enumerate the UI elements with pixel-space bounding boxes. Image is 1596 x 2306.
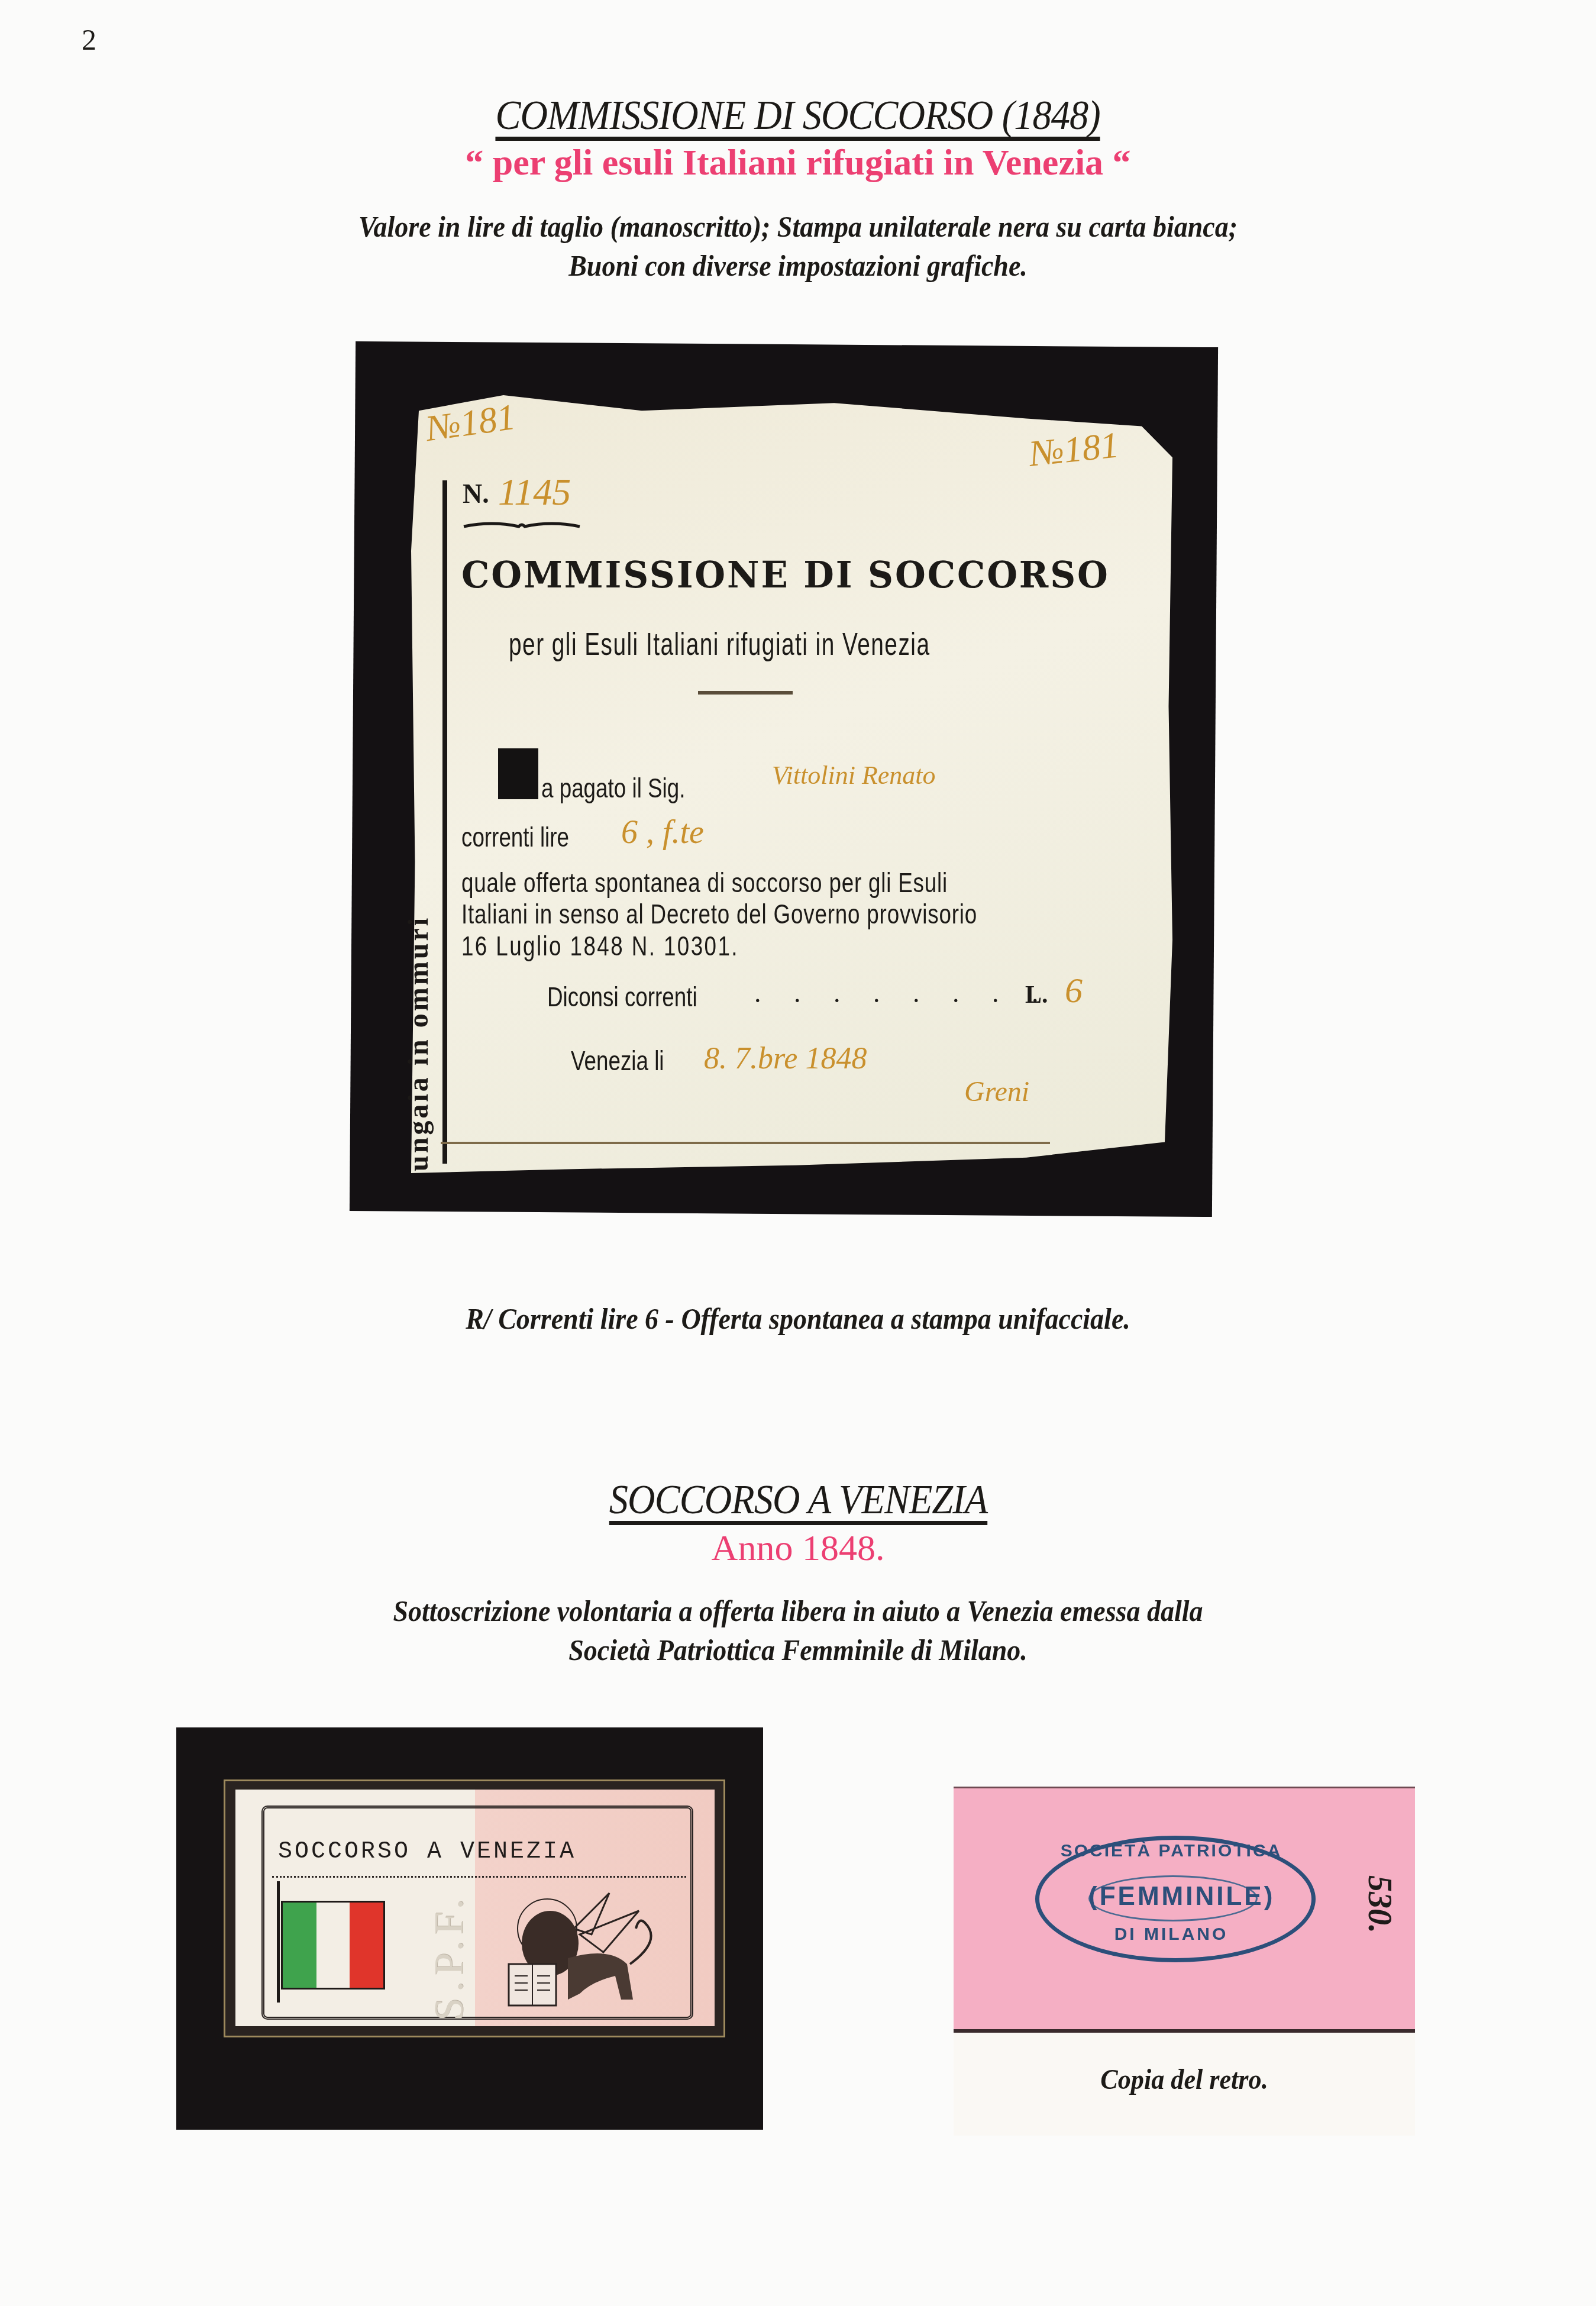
voucher1-number-value: 1145: [498, 470, 571, 514]
section1-caption: R/ Correnti lire 6 - Offerta spontanea a…: [64, 1299, 1532, 1338]
voucher1-paid-label: a pagato il Sig.: [541, 772, 685, 804]
page-number: 2: [82, 22, 96, 57]
stamp-text-bottom: DI MILANO: [1047, 1924, 1295, 1945]
voucher1-signature: Greni: [964, 1076, 1029, 1108]
section1-caption-wrap: R/ Correnti lire 6 - Offerta spontanea a…: [0, 1299, 1596, 1338]
voucher2-embossed-initials: S.P.F.: [426, 1893, 473, 2021]
section1-description: Valore in lire di taglio (manoscritto); …: [0, 207, 1596, 285]
italian-flag-icon: [281, 1901, 385, 1990]
voucher1-date: 8. 7.bre 1848: [704, 1041, 867, 1076]
section2-title: SOCCORSO A VENEZIA: [609, 1479, 987, 1525]
voucher1-stub-text: ungaia in ommuri: [402, 781, 435, 1171]
section2-subtitle: Anno 1848.: [0, 1527, 1596, 1569]
voucher2-back-caption: Copia del retro.: [972, 2063, 1397, 2096]
voucher1-subheading: per gli Esuli Italiani rifugiati in Vene…: [509, 626, 930, 663]
voucher1-bottom-rule: [441, 1142, 1050, 1144]
voucher1-left-rule: [442, 480, 447, 1164]
flag-band-white: [316, 1903, 350, 1988]
voucher1-heading: COMMISSIONE DI SOCCORSO: [461, 553, 1110, 596]
section1-description-line: Valore in lire di taglio (manoscritto); …: [64, 207, 1532, 246]
section1-subtitle: “ per gli esuli Italiani rifugiati in Ve…: [0, 142, 1596, 184]
voucher1-initial-h: [498, 748, 538, 799]
flagpole-icon: [277, 1881, 280, 2003]
voucher1-currency-label: L.: [1025, 981, 1048, 1009]
stamp-text-top: SOCIETÀ PATRIOTICA: [1047, 1841, 1295, 1861]
voucher1-leader-dots: . . . . . . . .: [754, 977, 1052, 1009]
section2-description-line: Società Patriottica Femminile di Milano.: [64, 1630, 1532, 1669]
flag-band-red: [350, 1903, 383, 1988]
voucher2-title: SOCCORSO A VENEZIA: [278, 1839, 576, 1865]
voucher1-amount: 6: [1065, 970, 1083, 1011]
section1-title: COMMISSIONE DI SOCCORSO (1848): [496, 95, 1100, 141]
voucher1-place-label: Venezia li: [571, 1045, 664, 1077]
voucher1-body-line: 16 Luglio 1848 N. 10301.: [461, 930, 739, 962]
section1-description-line: Buoni con diverse impostazioni grafiche.: [64, 246, 1532, 285]
flag-band-green: [283, 1903, 316, 1988]
voucher1-lire-label: correnti lire: [461, 821, 569, 853]
ornament-icon: [463, 521, 581, 529]
voucher1-payer-name: Vittolini Renato: [772, 760, 936, 790]
voucher1-body-line: quale offerta spontanea di soccorso per …: [461, 867, 948, 899]
winged-lion-icon: [491, 1887, 668, 2011]
voucher2-back-rule: [954, 2029, 1415, 2033]
voucher1-divider: [698, 691, 793, 695]
section2-title-wrap: SOCCORSO A VENEZIA: [0, 1479, 1596, 1525]
voucher1-diconsi-label: Diconsi correnti: [547, 981, 697, 1013]
section2-description-line: Sottoscrizione volontaria a offerta libe…: [64, 1591, 1532, 1630]
voucher1-number-label: N.: [463, 478, 489, 509]
voucher2-back-number: 530.: [1361, 1875, 1398, 1933]
voucher2-wave-rule: [272, 1871, 686, 1878]
voucher1-body-line: Italiani in senso al Decreto del Governo…: [461, 898, 977, 930]
stamp-text-middle: (FEMMINILE): [1088, 1882, 1254, 1911]
section2-description: Sottoscrizione volontaria a offerta libe…: [0, 1591, 1596, 1669]
section1-title-wrap: COMMISSIONE DI SOCCORSO (1848): [0, 95, 1596, 141]
voucher1-lire-value: 6 , f.te: [621, 813, 704, 851]
